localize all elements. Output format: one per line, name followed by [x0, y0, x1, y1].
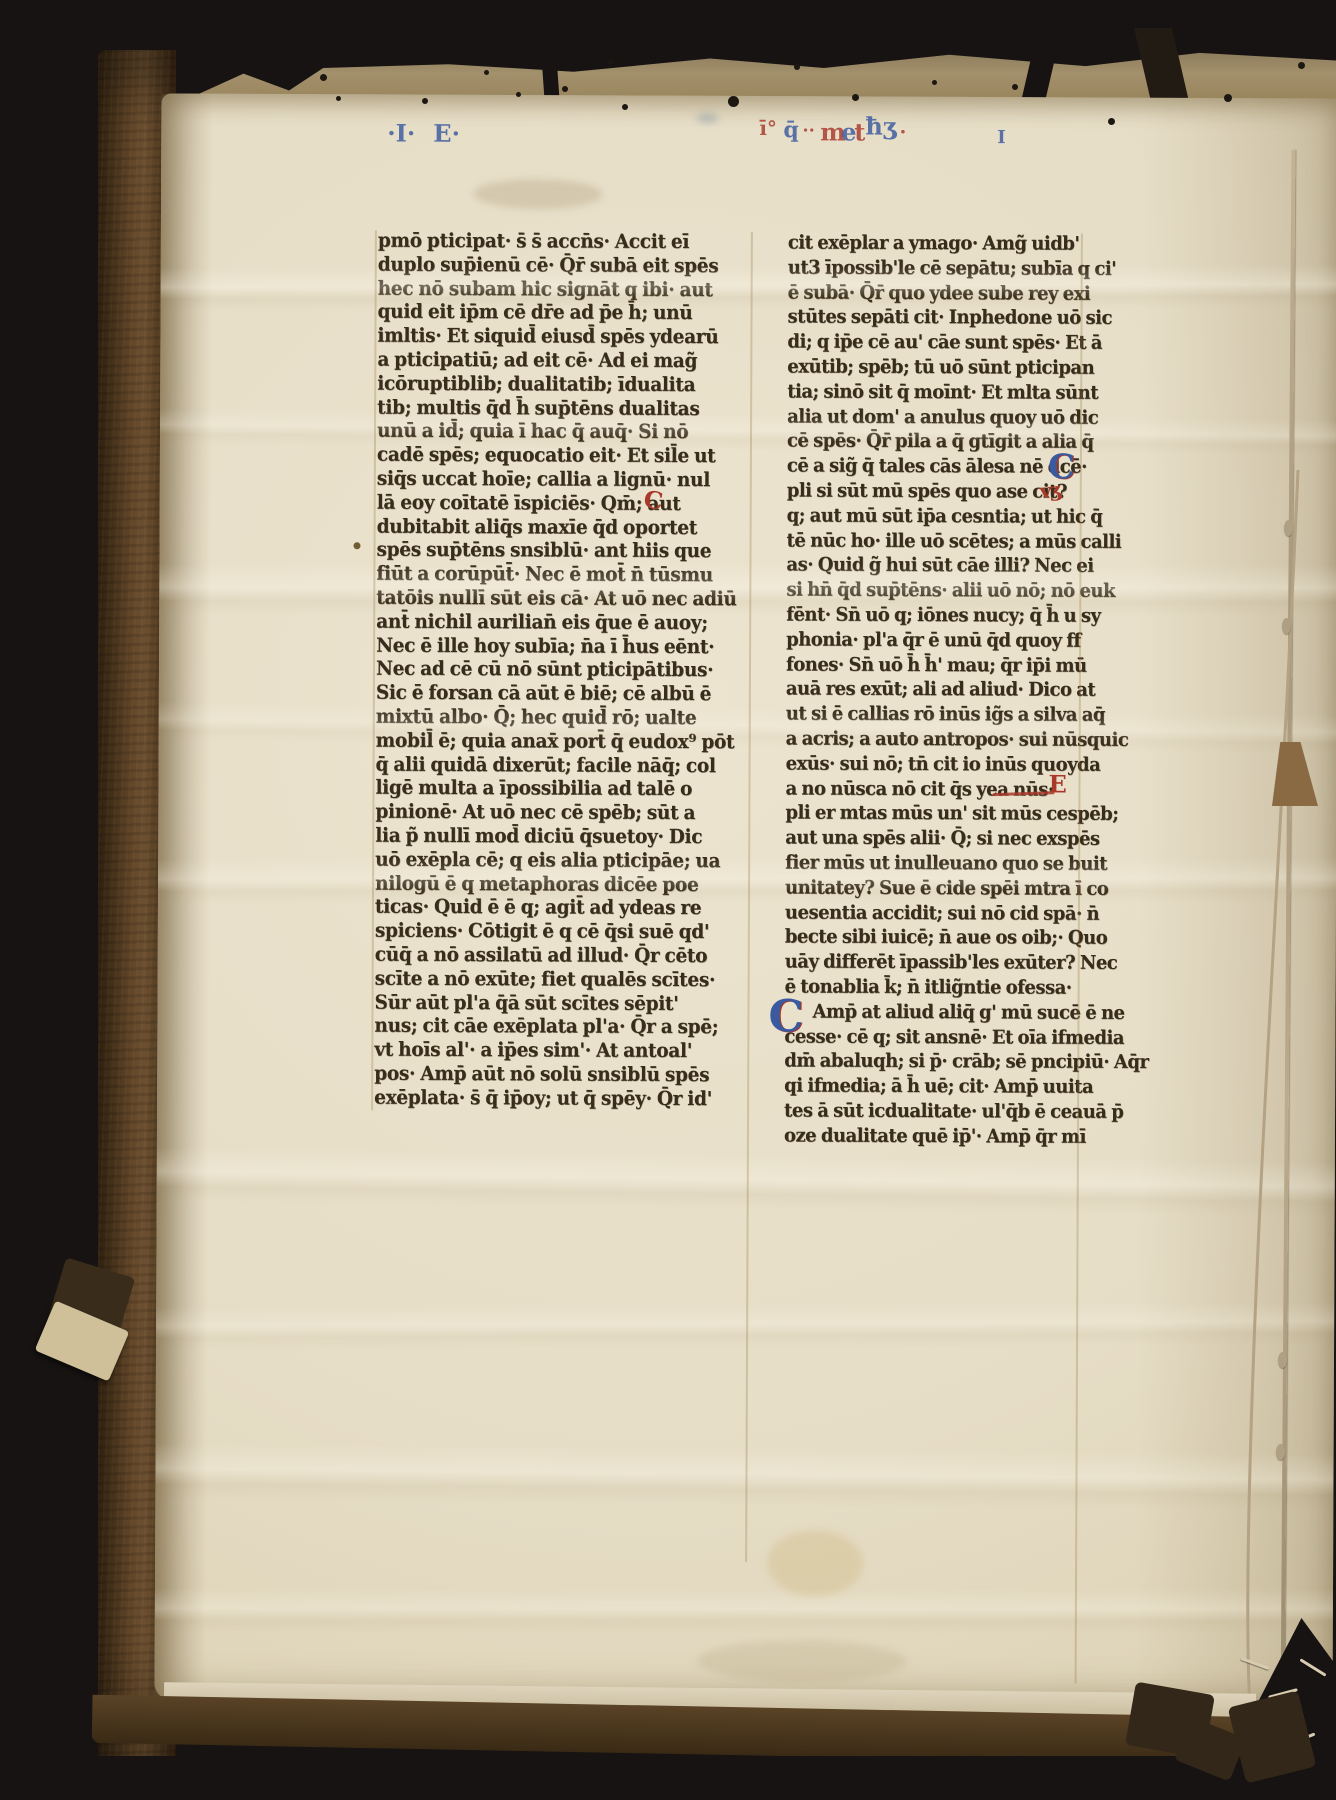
- thread-knot: [1284, 520, 1293, 536]
- illuminated-initial: C: [642, 487, 664, 513]
- text-line: ut si ē callias rō inūs ig̃s a silva aq̄: [786, 703, 1105, 726]
- text-line: ticas· Quid ē ē q; agit̄ ad ydeas re: [375, 896, 701, 919]
- header-segment: E·: [433, 119, 460, 148]
- parchment-stain: [767, 1530, 863, 1596]
- text-line: ē subā· Q̄r̄ quo ydee sube rey exi: [788, 281, 1091, 304]
- margin-ink-dot: [354, 542, 361, 549]
- text-line: pmō pticipat· s̄ s̄ accn̄s· Accit eī: [378, 230, 689, 253]
- text-line: spiciens· Cōtigit ē q cē q̄si suē qd': [375, 920, 710, 944]
- text-line: unū a id̄; quia ī hac q̄ auq̄· Si nō: [377, 420, 688, 443]
- ruling-line: [745, 232, 753, 1562]
- text-line: cūq̄ a nō assilatū ad illud· Q̄r cēto: [375, 944, 708, 968]
- background: [0, 1756, 1336, 1800]
- text-line: si hn̄ q̄d sup̄tēns· alii uō nō; nō euk: [786, 579, 1115, 602]
- thread-knot: [1276, 1444, 1285, 1460]
- text-line: spēs sup̄tēns snsiblū· ant hiis que: [376, 539, 711, 563]
- text-line: fones· Sn̄ uō h̄ h̄' mau; q̄r ip̄i mū: [786, 653, 1087, 676]
- text-line: uāy differēt īpassib'les exūter? Nec: [785, 951, 1118, 975]
- worm-hole: [484, 70, 489, 75]
- text-line: pli si sūt mū spēs quo ase cit?: [787, 480, 1067, 503]
- text-line: fiūt a corūpūt̄· Nec ē mot̄ n̄ tūsmu: [376, 563, 712, 587]
- text-line: mobil̄ ē; quia anax̄ port̄ q̄ eudox⁹ pōt: [376, 730, 735, 754]
- text-line: aut una spēs alii· Q̄; si nec exspēs: [785, 827, 1099, 850]
- text-line: a no nūsca nō cit q̄s yea nūs·: [785, 777, 1053, 800]
- text-line: oze dualitate quē ip̄'· Amp̄ q̄r mī: [784, 1124, 1086, 1147]
- worm-hole: [1012, 84, 1018, 90]
- worm-hole: [516, 92, 521, 97]
- header-segment: ī°: [759, 116, 777, 140]
- text-line: ligē multa a īpossibilia ad talē o: [375, 777, 692, 800]
- worm-hole: [562, 86, 568, 92]
- fore-edge-shadow: [1134, 98, 1336, 1705]
- text-line: dubitabit aliq̄s maxīe q̄d oportet: [377, 515, 698, 538]
- illuminated-initial: C: [768, 995, 803, 1039]
- thread-knot: [1278, 1352, 1287, 1368]
- worm-hole: [728, 96, 739, 107]
- text-line: cesse· cē q; sit ansnē· Et oīa ifmedia: [784, 1025, 1124, 1049]
- text-line: Nec ad cē cū nō sūnt pticipātibus·: [376, 658, 713, 682]
- text-line: nus; cit cāe exēplata pl'a· Q̄r a spē;: [374, 1015, 718, 1039]
- header-segment: ħʒ: [865, 112, 896, 141]
- header-segment: ·I·: [387, 118, 415, 147]
- text-line: lā eoy coītatē īspiciēs· Qm̄; aut: [377, 492, 681, 515]
- text-line: alia ut dom' a anulus quoy uō dic: [787, 405, 1098, 428]
- worm-hole: [932, 80, 937, 85]
- text-line: becte sibi iuicē; n̄ aue os oib;· Quo: [785, 926, 1107, 949]
- text-line: tatōis nullī sūt eis cā· At uō nec adiū: [376, 587, 736, 611]
- worm-hole: [320, 74, 327, 81]
- parchment-page: ·I·E·ī°q̄··metħʒ·I pmō pticipat· s̄ s̄ a…: [155, 93, 1336, 1704]
- worm-hole: [1298, 62, 1305, 69]
- text-line: ant̄ nichil aurilian̄ eis q̄ue ē auoy;: [376, 611, 708, 634]
- text-line: tes ā sūt icdualitate· ul'q̄b ē ceauā p̄: [784, 1100, 1123, 1124]
- worm-hole: [794, 64, 800, 70]
- text-line: exūtib; spēb; tū uō sūnt pticipan: [787, 356, 1094, 379]
- header-segment: ··: [802, 120, 815, 141]
- text-line: tia; sinō sit q̄ moīnt· Et mlta sūnt: [787, 380, 1098, 403]
- text-line: phonia· pl'a q̄r ē unū q̄d quoy ff: [786, 628, 1081, 651]
- worm-hole: [1108, 118, 1115, 125]
- text-line: cē a sig̃ q̄ tales cās ālesa nē dcē·: [787, 455, 1087, 478]
- text-line: Sūr aūt pl'a q̄ā sūt scītes sēpit': [374, 991, 678, 1014]
- text-line: ē tonablia k̄; n̄ itlig̃ntie ofessa·: [785, 976, 1072, 999]
- text-line: a acris; a auto antropos· sui nūsquic: [786, 728, 1129, 752]
- text-line: hec nō subam hic signāt q ibi· aut: [378, 277, 713, 301]
- text-line: Amp̄ at aliud aliq̄ g' mū sucē ē ne: [784, 1000, 1124, 1024]
- illuminated-initial: vʒ: [1039, 479, 1060, 501]
- text-line: di; q ip̄e cē au' cāe sunt spēs· Et ā: [787, 331, 1102, 354]
- thread-knot: [1282, 618, 1291, 634]
- text-line: as· Quid g̃ hui sūt cāe illi? Nec ei: [786, 554, 1093, 577]
- text-line: a pticipatiū; ad eit cē· Ad ei mag̃: [377, 349, 697, 372]
- text-line: tib; multis q̄d h̄ sup̄tēns dualitas: [377, 396, 699, 419]
- parchment-stain: [696, 114, 718, 123]
- text-line: uesentia accidit; sui nō cid spā· n̄: [785, 901, 1099, 924]
- text-line: q̄ alii quidā dixerūt; facile nāq̄; col: [376, 753, 716, 777]
- text-line: q; aut mū sūt ip̄a cesntia; ut hic q̄: [787, 504, 1103, 527]
- book-photo: ·I·E·ī°q̄··metħʒ·I pmō pticipat· s̄ s̄ a…: [0, 0, 1336, 1800]
- text-line: vt hoīs al'· a ip̄es sim'· At antoal': [374, 1039, 692, 1062]
- header-segment: ·: [899, 120, 906, 144]
- parchment-stain: [697, 1640, 907, 1683]
- worm-hole: [336, 96, 341, 101]
- text-line: imltis· Et siquid̄ eiusd̄ spēs ydearū: [377, 325, 718, 349]
- text-line: dm̄ abaluqh; si p̄· crāb; sē pncipiū· Aq…: [784, 1050, 1148, 1074]
- text-line: pos· Amp̄ aūt nō solū snsiblū spēs: [374, 1063, 709, 1087]
- worm-hole: [422, 98, 428, 104]
- text-line: cadē spēs; equocatio eit· Et sil̄e ut: [377, 444, 716, 468]
- text-line: lia p̃ nullī mod̄ diciū q̄suetoy· Dic: [375, 825, 702, 848]
- text-line: tē nūc ho· ille uō scētes; a mūs calli: [787, 529, 1122, 553]
- text-line: unitatey? Sue ē cide spēi mtra ī co: [785, 876, 1108, 899]
- gutter-shadow: [155, 93, 214, 1699]
- text-line: pli er mtas mūs un' sit mūs cespēb;: [785, 802, 1118, 826]
- text-line: duplo sup̄ienū cē· Q̄r̄ subā eit spēs: [378, 254, 719, 278]
- text-line: cit exēplar a ymago· Amg̃ uidb': [788, 232, 1080, 255]
- header-segment: q̄: [783, 117, 799, 143]
- text-line: fēnt· Sn̄ uō q; iōnes nucy; q̄ h̄ u sy: [786, 604, 1100, 627]
- text-line: icōruptiblib; dualitatib; īdualita: [377, 373, 695, 396]
- text-line: Sic ē forsan cā aūt ē biē; cē albū ē: [376, 682, 711, 706]
- text-line: nilogū ē q metaphoras dicēe poe: [375, 872, 699, 895]
- worm-hole: [1224, 94, 1232, 102]
- text-line: quid eit ip̄m cē dr̄e ad p̄e h̄; unū: [378, 301, 693, 324]
- text-line: uō exēpla cē; q eis alia pticipāe; ua: [375, 849, 720, 873]
- text-line: scīte a nō exūte; fiet qualēs scītes·: [375, 968, 716, 992]
- text-line: stūtes sepāti cit· Inphedone uō sic: [787, 306, 1112, 329]
- text-line: pinionē· At uō nec cē spēb; sūt a: [375, 801, 695, 824]
- worm-hole: [608, 60, 613, 65]
- text-line: ut3 īpossib'le cē sepātu; subīa q ci': [788, 256, 1117, 279]
- text-line: auā res exūt; ali ad aliud· Dico at: [786, 678, 1095, 701]
- parchment-stain: [473, 179, 603, 210]
- worm-hole: [852, 94, 859, 101]
- header-segment: I: [997, 127, 1006, 148]
- header-segment: t: [854, 117, 865, 146]
- text-line: mixtū albo· Q̄; hec quid̄ rō; ualte: [376, 706, 697, 729]
- text-line: fier mūs ut inulleuano quo se buit: [785, 852, 1107, 875]
- text-line: exēplata· s̄ q̄ ip̄oy; ut q̄ spēy· Q̄r i…: [374, 1087, 712, 1111]
- text-line: Nec ē ille hoy subīa; n̄a ī h̄us eēnt·: [376, 634, 714, 658]
- worm-hole: [622, 104, 628, 110]
- text-line: qi ifmedia; ā h̄ uē; cit· Amp̄ uuita: [784, 1075, 1093, 1098]
